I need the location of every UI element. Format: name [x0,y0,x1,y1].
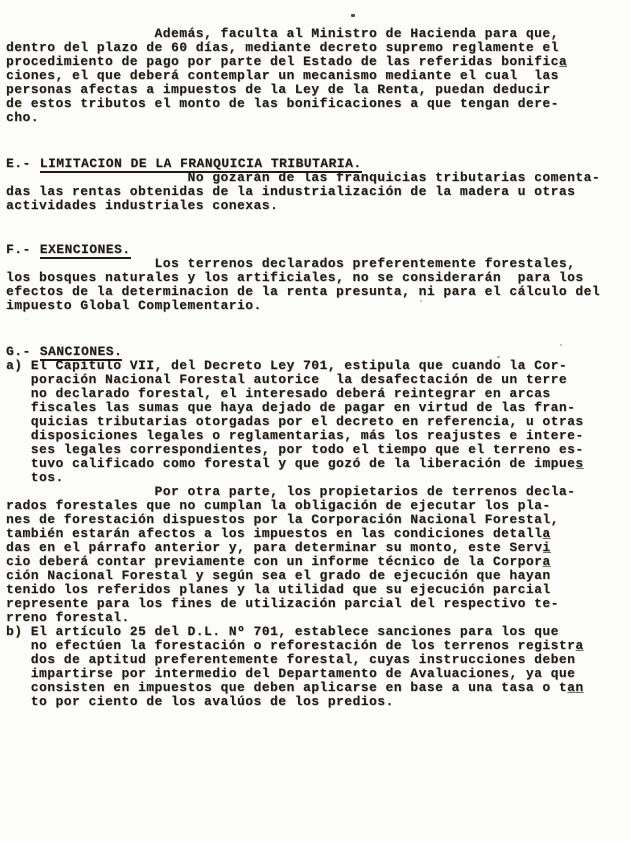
list-item-a-paragraph-1: a) El Capítulo VII, del Decreto Ley 701,… [6,359,626,485]
scan-speck [420,300,422,302]
paragraph-limitacion-body: No gozarán de las franquicias tributaria… [6,171,626,213]
scan-speck [497,356,500,358]
section-heading-limitacion: E.-LIMITACION DE LA FRANQUICIA TRIBUTARI… [6,157,626,171]
section-letter-g: G.- [6,344,31,359]
document-page: Además, faculta al Ministro de Hacienda … [0,0,630,841]
list-item-b-paragraph: b) El artículo 25 del D.L. Nº 701, estab… [6,625,626,709]
list-item-a-paragraph-2: Por otra parte, los propietarios de terr… [6,485,626,625]
scan-speck [351,14,355,17]
paragraph-exenciones-body: Los terrenos declarados preferentemente … [6,257,626,313]
section-heading-sanciones: G.-SANCIONES. [6,345,626,359]
section-heading-exenciones: F.-EXENCIONES. [6,243,626,257]
scan-speck [560,344,562,346]
section-letter-f: F.- [6,242,31,257]
section-letter-e: E.- [6,156,31,171]
paragraph-bonificaciones-intro: Además, faculta al Ministro de Hacienda … [6,27,626,125]
